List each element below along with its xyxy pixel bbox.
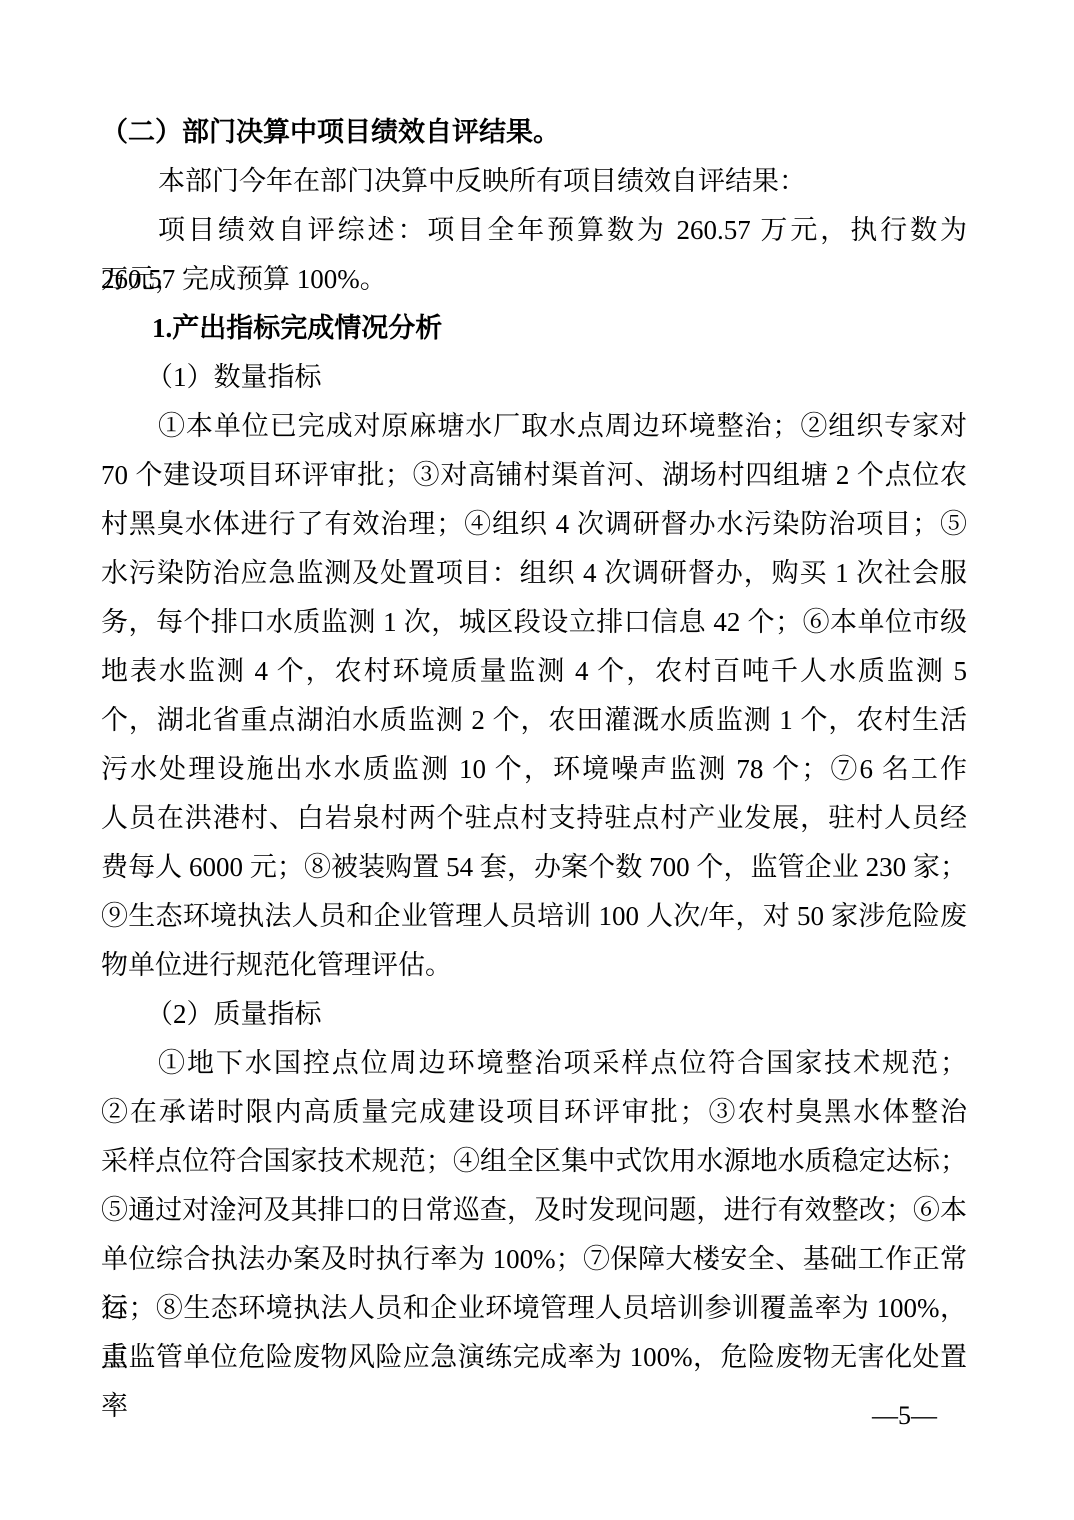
quantity-body-line: 70 个建设项目环评审批；③对高铺村渠首河、湖场村四组塘 2 个点位农 (101, 451, 967, 500)
subheading-quality-indicators: （2）质量指标 (101, 990, 967, 1039)
summary-line-2: 万元，完成预算 100%。 (101, 255, 967, 304)
intro-line: 本部门今年在部门决算中反映所有项目绩效自评结果： (101, 157, 967, 206)
quantity-body-line: 村黑臭水体进行了有效治理；④组织 4 次调研督办水污染防治项目；⑤ (101, 500, 967, 549)
section-heading: （二）部门决算中项目绩效自评结果。 (101, 108, 967, 157)
quantity-body-line: 个，湖北省重点湖泊水质监测 2 个，农田灌溉水质监测 1 个，农村生活 (101, 696, 967, 745)
quality-body-line: 点监管单位危险废物风险应急演练完成率为 100%，危险废物无害化处置率 (101, 1333, 967, 1382)
quantity-body-line: 人员在洪港村、白岩泉村两个驻点村支持驻点村产业发展，驻村人员经 (101, 794, 967, 843)
subheading-quantity-indicators: （1）数量指标 (101, 353, 967, 402)
document-body: （二）部门决算中项目绩效自评结果。 本部门今年在部门决算中反映所有项目绩效自评结… (101, 108, 967, 1382)
summary-line-1: 项目绩效自评综述：项目全年预算数为 260.57 万元，执行数为 260.57 (101, 206, 967, 255)
quality-body-line: ②在承诺时限内高质量完成建设项目环评审批；③农村臭黑水体整治 (101, 1088, 967, 1137)
quantity-body-line: 务，每个排口水质监测 1 次，城区段设立排口信息 42 个；⑥本单位市级 (101, 598, 967, 647)
quantity-body-line: 费每人 6000 元；⑧被装购置 54 套，办案个数 700 个，监管企业 23… (101, 843, 967, 892)
quality-body-line: 行；⑧生态环境执法人员和企业环境管理人员培训参训覆盖率为 100%，重 (101, 1284, 967, 1333)
quantity-body-line: 水污染防治应急监测及处置项目：组织 4 次调研督办，购买 1 次社会服 (101, 549, 967, 598)
quantity-body-line: ⑨生态环境执法人员和企业管理人员培训 100 人次/年，对 50 家涉危险废 (101, 892, 967, 941)
quality-body-line: 采样点位符合国家技术规范；④组全区集中式饮用水源地水质稳定达标； (101, 1137, 967, 1186)
quality-body-line: 单位综合执法办案及时执行率为 100%；⑦保障大楼安全、基础工作正常运 (101, 1235, 967, 1284)
quality-body-line: ⑤通过对淦河及其排口的日常巡查，及时发现问题，进行有效整改；⑥本 (101, 1186, 967, 1235)
quantity-body-line: 地表水监测 4 个，农村环境质量监测 4 个，农村百吨千人水质监测 5 (101, 647, 967, 696)
document-page: （二）部门决算中项目绩效自评结果。 本部门今年在部门决算中反映所有项目绩效自评结… (0, 0, 1074, 1520)
quantity-body-line: ①本单位已完成对原麻塘水厂取水点周边环境整治；②组织专家对 (101, 402, 967, 451)
quantity-body-line-end: 物单位进行规范化管理评估。 (101, 941, 967, 990)
quality-body-line: ①地下水国控点位周边环境整治项采样点位符合国家技术规范； (101, 1039, 967, 1088)
subsection-heading-output-indicators: 1.产出指标完成情况分析 (101, 304, 967, 353)
quantity-body-line: 污水处理设施出水水质监测 10 个，环境噪声监测 78 个；⑦6 名工作 (101, 745, 967, 794)
page-number: —5— (872, 1398, 937, 1434)
